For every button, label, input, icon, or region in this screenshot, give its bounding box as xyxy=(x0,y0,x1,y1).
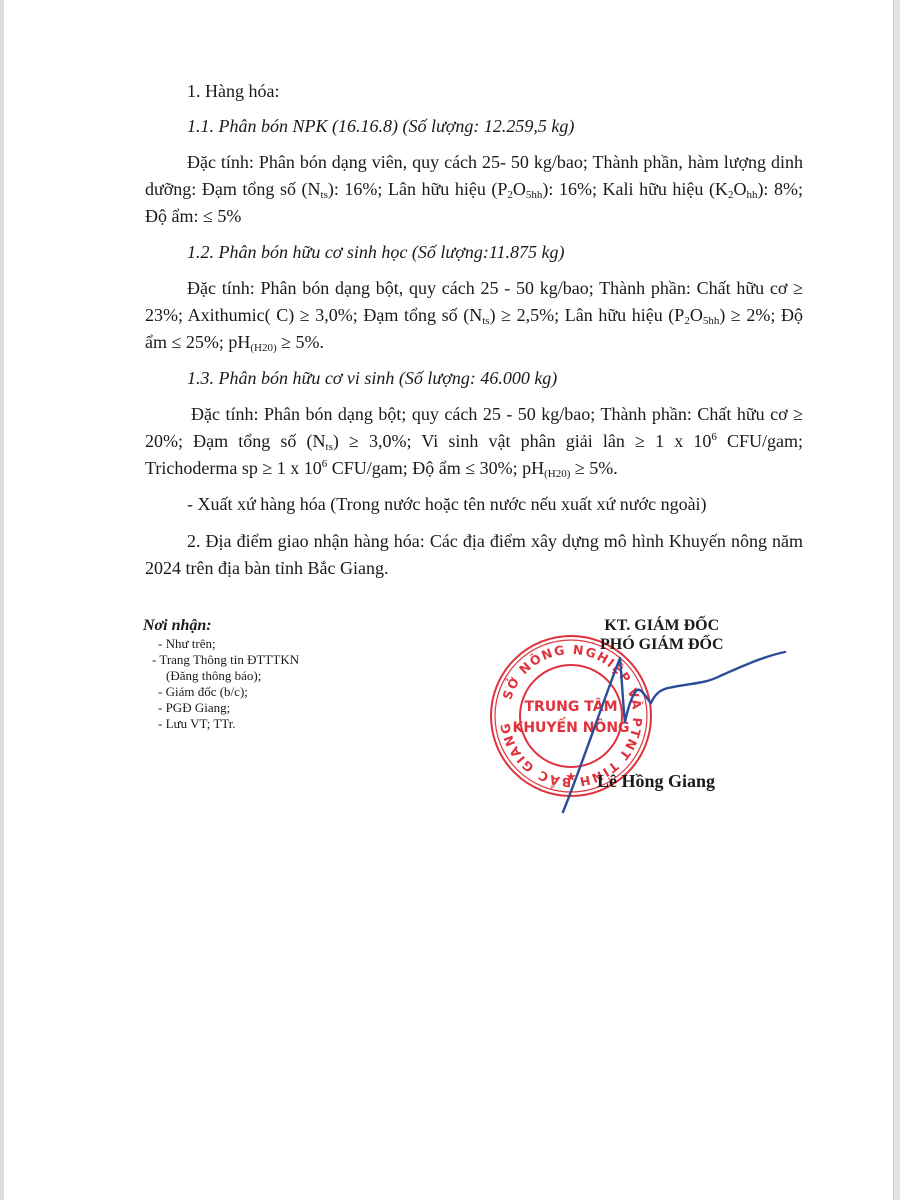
signer-name: Lê Hồng Giang xyxy=(597,770,715,792)
section-1-title: 1. Hàng hóa: xyxy=(145,78,803,105)
recipients-list: - Như trên; - Trang Thông tin ĐTTTKN (Đă… xyxy=(143,636,299,732)
page-edge-left xyxy=(0,0,4,1200)
page-edge-right xyxy=(893,0,900,1200)
signer-title-line-2: PHÓ GIÁM ĐỐC xyxy=(600,635,724,654)
recipient-item: - Như trên; xyxy=(158,636,299,652)
recipient-item: - PGĐ Giang; xyxy=(158,700,299,716)
item-1-3-heading: 1.3. Phân bón hữu cơ vi sinh (Số lượng: … xyxy=(145,365,803,392)
item-1-3-spec: Đặc tính: Phân bón dạng bột; quy cách 25… xyxy=(145,401,803,482)
recipients-title: Nơi nhận: xyxy=(143,617,299,635)
goods-origin-note: - Xuất xứ hàng hóa (Trong nước hoặc tên … xyxy=(145,491,803,518)
signer-title: KT. GIÁM ĐỐC PHÓ GIÁM ĐỐC xyxy=(600,616,724,654)
item-1-1-spec: Đặc tính: Phân bón dạng viên, quy cách 2… xyxy=(145,149,803,230)
signer-title-line-1: KT. GIÁM ĐỐC xyxy=(600,616,724,635)
stamp-center-line-2: KHUYẾN NÔNG xyxy=(512,717,629,736)
document-body: 1. Hàng hóa: 1.1. Phân bón NPK (16.16.8)… xyxy=(145,78,803,591)
section-2-delivery-location: 2. Địa điểm giao nhận hàng hóa: Các địa … xyxy=(145,528,803,582)
item-1-1-heading: 1.1. Phân bón NPK (16.16.8) (Số lượng: 1… xyxy=(145,113,803,140)
recipient-item: (Đăng thông báo); xyxy=(158,668,299,684)
recipient-item: - Trang Thông tin ĐTTTKN xyxy=(152,652,299,668)
recipients-block: Nơi nhận: - Như trên; - Trang Thông tin … xyxy=(143,617,299,732)
recipient-item: - Giám đốc (b/c); xyxy=(158,684,299,700)
item-1-2-heading: 1.2. Phân bón hữu cơ sinh học (Số lượng:… xyxy=(145,239,803,266)
recipient-item: - Lưu VT; TTr. xyxy=(158,716,299,732)
item-1-2-spec: Đặc tính: Phân bón dạng bột, quy cách 25… xyxy=(145,275,803,356)
stamp-center-line-1: TRUNG TÂM xyxy=(524,698,617,715)
star-icon: ★ xyxy=(565,770,577,785)
